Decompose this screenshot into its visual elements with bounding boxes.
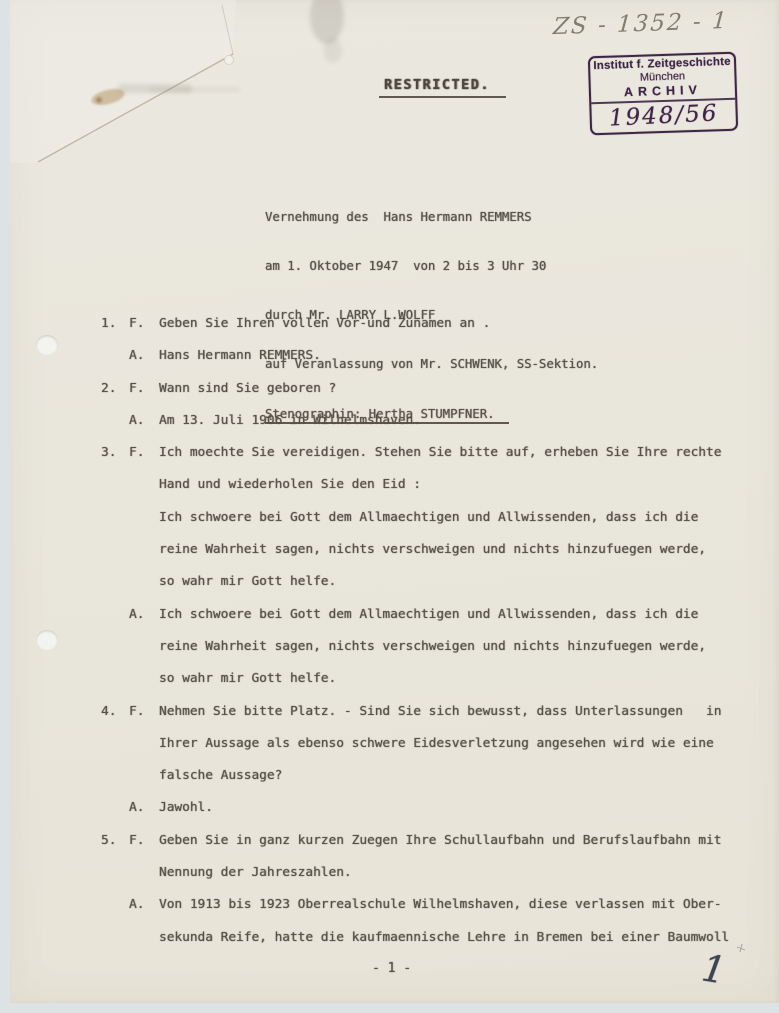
header-line-date: am 1. Oktober 1947 von 2 bis 3 Uhr 30 [265,258,598,274]
question-line: reine Wahrheit sagen, nichts verschweige… [0,534,779,566]
qa-item: 3. F. Ich moechte Sie vereidigen. Stehen… [0,437,779,695]
question-line: 5. F. Geben Sie in ganz kurzen Zuegen Ih… [0,825,779,857]
question-label: F. [129,308,159,340]
scanned-document-page: { "document": { "archive_ref": "ZS - 135… [0,0,779,1013]
question-label: F. [129,373,159,405]
question-text: Geben Sie in ganz kurzen Zuegen Ihre Sch… [159,825,779,857]
question-line: 2. F. Wann sind Sie geboren ? [0,373,779,405]
stamp-accession-number: 1948/56 [594,99,733,135]
question-text: Ich schwoere bei Gott dem Allmaechtigen … [159,502,779,534]
question-line: Ihrer Aussage als ebenso schwere Eidesve… [0,728,779,760]
question-line: Hand und wiederholen Sie den Eid : [0,469,779,501]
question-label: F. [129,825,159,857]
answer-text: Von 1913 bis 1923 Oberrealschule Wilhelm… [159,889,779,921]
question-number: 4. [101,696,129,728]
answer-label: A. [129,889,159,921]
qa-item: 4. F. Nehmen Sie bitte Platz. - Sind Sie… [0,696,779,825]
question-line: so wahr mir Gott helfe. [0,566,779,598]
question-label: F. [129,437,159,469]
question-number: 1. [101,308,129,340]
question-number: 3. [101,437,129,469]
question-text: falsche Aussage? [159,760,779,792]
archive-stamp: Institut f. Zeitgeschichte München ARCHI… [588,52,738,136]
answer-text: so wahr mir Gott helfe. [159,663,779,695]
typed-page-number: - 1 - [372,961,411,976]
stamp-archive: ARCHIV [594,82,732,100]
answer-line: sekunda Reife, hatte die kaufmaennische … [0,922,779,954]
answer-line: A. Jawohl. [0,792,779,824]
qa-item: 2. F. Wann sind Sie geboren ? A. Am 13. … [0,373,779,438]
answer-text: Ich schwoere bei Gott dem Allmaechtigen … [159,599,779,631]
answer-label: A. [129,340,159,372]
question-line: 3. F. Ich moechte Sie vereidigen. Stehen… [0,437,779,469]
question-number: 2. [101,373,129,405]
answer-label: A. [129,599,159,631]
question-text: Hand und wiederholen Sie den Eid : [159,469,779,501]
question-number: 5. [101,825,129,857]
qa-item: 1. F. Geben Sie Ihren vollen Vor-und Zun… [0,308,779,373]
answer-text: Hans Hermann REMMERS. [159,340,779,372]
question-text: Nehmen Sie bitte Platz. - Sind Sie sich … [159,696,779,728]
question-text: Wann sind Sie geboren ? [159,373,779,405]
header-line-subject: Vernehmung des Hans Hermann REMMERS [265,209,598,225]
question-text: so wahr mir Gott helfe. [159,566,779,598]
question-line: Ich schwoere bei Gott dem Allmaechtigen … [0,502,779,534]
answer-line: A. Am 13. Juli 1906 in Wilhelmshaven. [0,405,779,437]
qa-item: 5. F. Geben Sie in ganz kurzen Zuegen Ih… [0,825,779,954]
question-text: Ihrer Aussage als ebenso schwere Eidesve… [159,728,779,760]
answer-line: reine Wahrheit sagen, nichts verschweige… [0,631,779,663]
question-text: Nennung der Jahreszahlen. [159,857,779,889]
question-label: F. [129,696,159,728]
question-line: falsche Aussage? [0,760,779,792]
answer-line: A. Ich schwoere bei Gott dem Allmaechtig… [0,599,779,631]
question-text: reine Wahrheit sagen, nichts verschweige… [159,534,779,566]
answer-text: Am 13. Juli 1906 in Wilhelmshaven. [159,405,779,437]
question-text: Ich moechte Sie vereidigen. Stehen Sie b… [159,437,779,469]
question-line: 4. F. Nehmen Sie bitte Platz. - Sind Sie… [0,696,779,728]
answer-label: A. [129,792,159,824]
classification-marking: RESTRICTED. [379,77,506,98]
answer-line: so wahr mir Gott helfe. [0,663,779,695]
qa-transcript: 1. F. Geben Sie Ihren vollen Vor-und Zun… [0,308,779,954]
question-line: 1. F. Geben Sie Ihren vollen Vor-und Zun… [0,308,779,340]
answer-text: Jawohl. [159,792,779,824]
answer-text: sekunda Reife, hatte die kaufmaennische … [159,922,779,954]
answer-label: A. [129,405,159,437]
question-line: Nennung der Jahreszahlen. [0,857,779,889]
answer-line: A. Hans Hermann REMMERS. [0,340,779,372]
answer-line: A. Von 1913 bis 1923 Oberrealschule Wilh… [0,889,779,921]
question-text: Geben Sie Ihren vollen Vor-und Zunamen a… [159,308,779,340]
answer-text: reine Wahrheit sagen, nichts verschweige… [159,631,779,663]
